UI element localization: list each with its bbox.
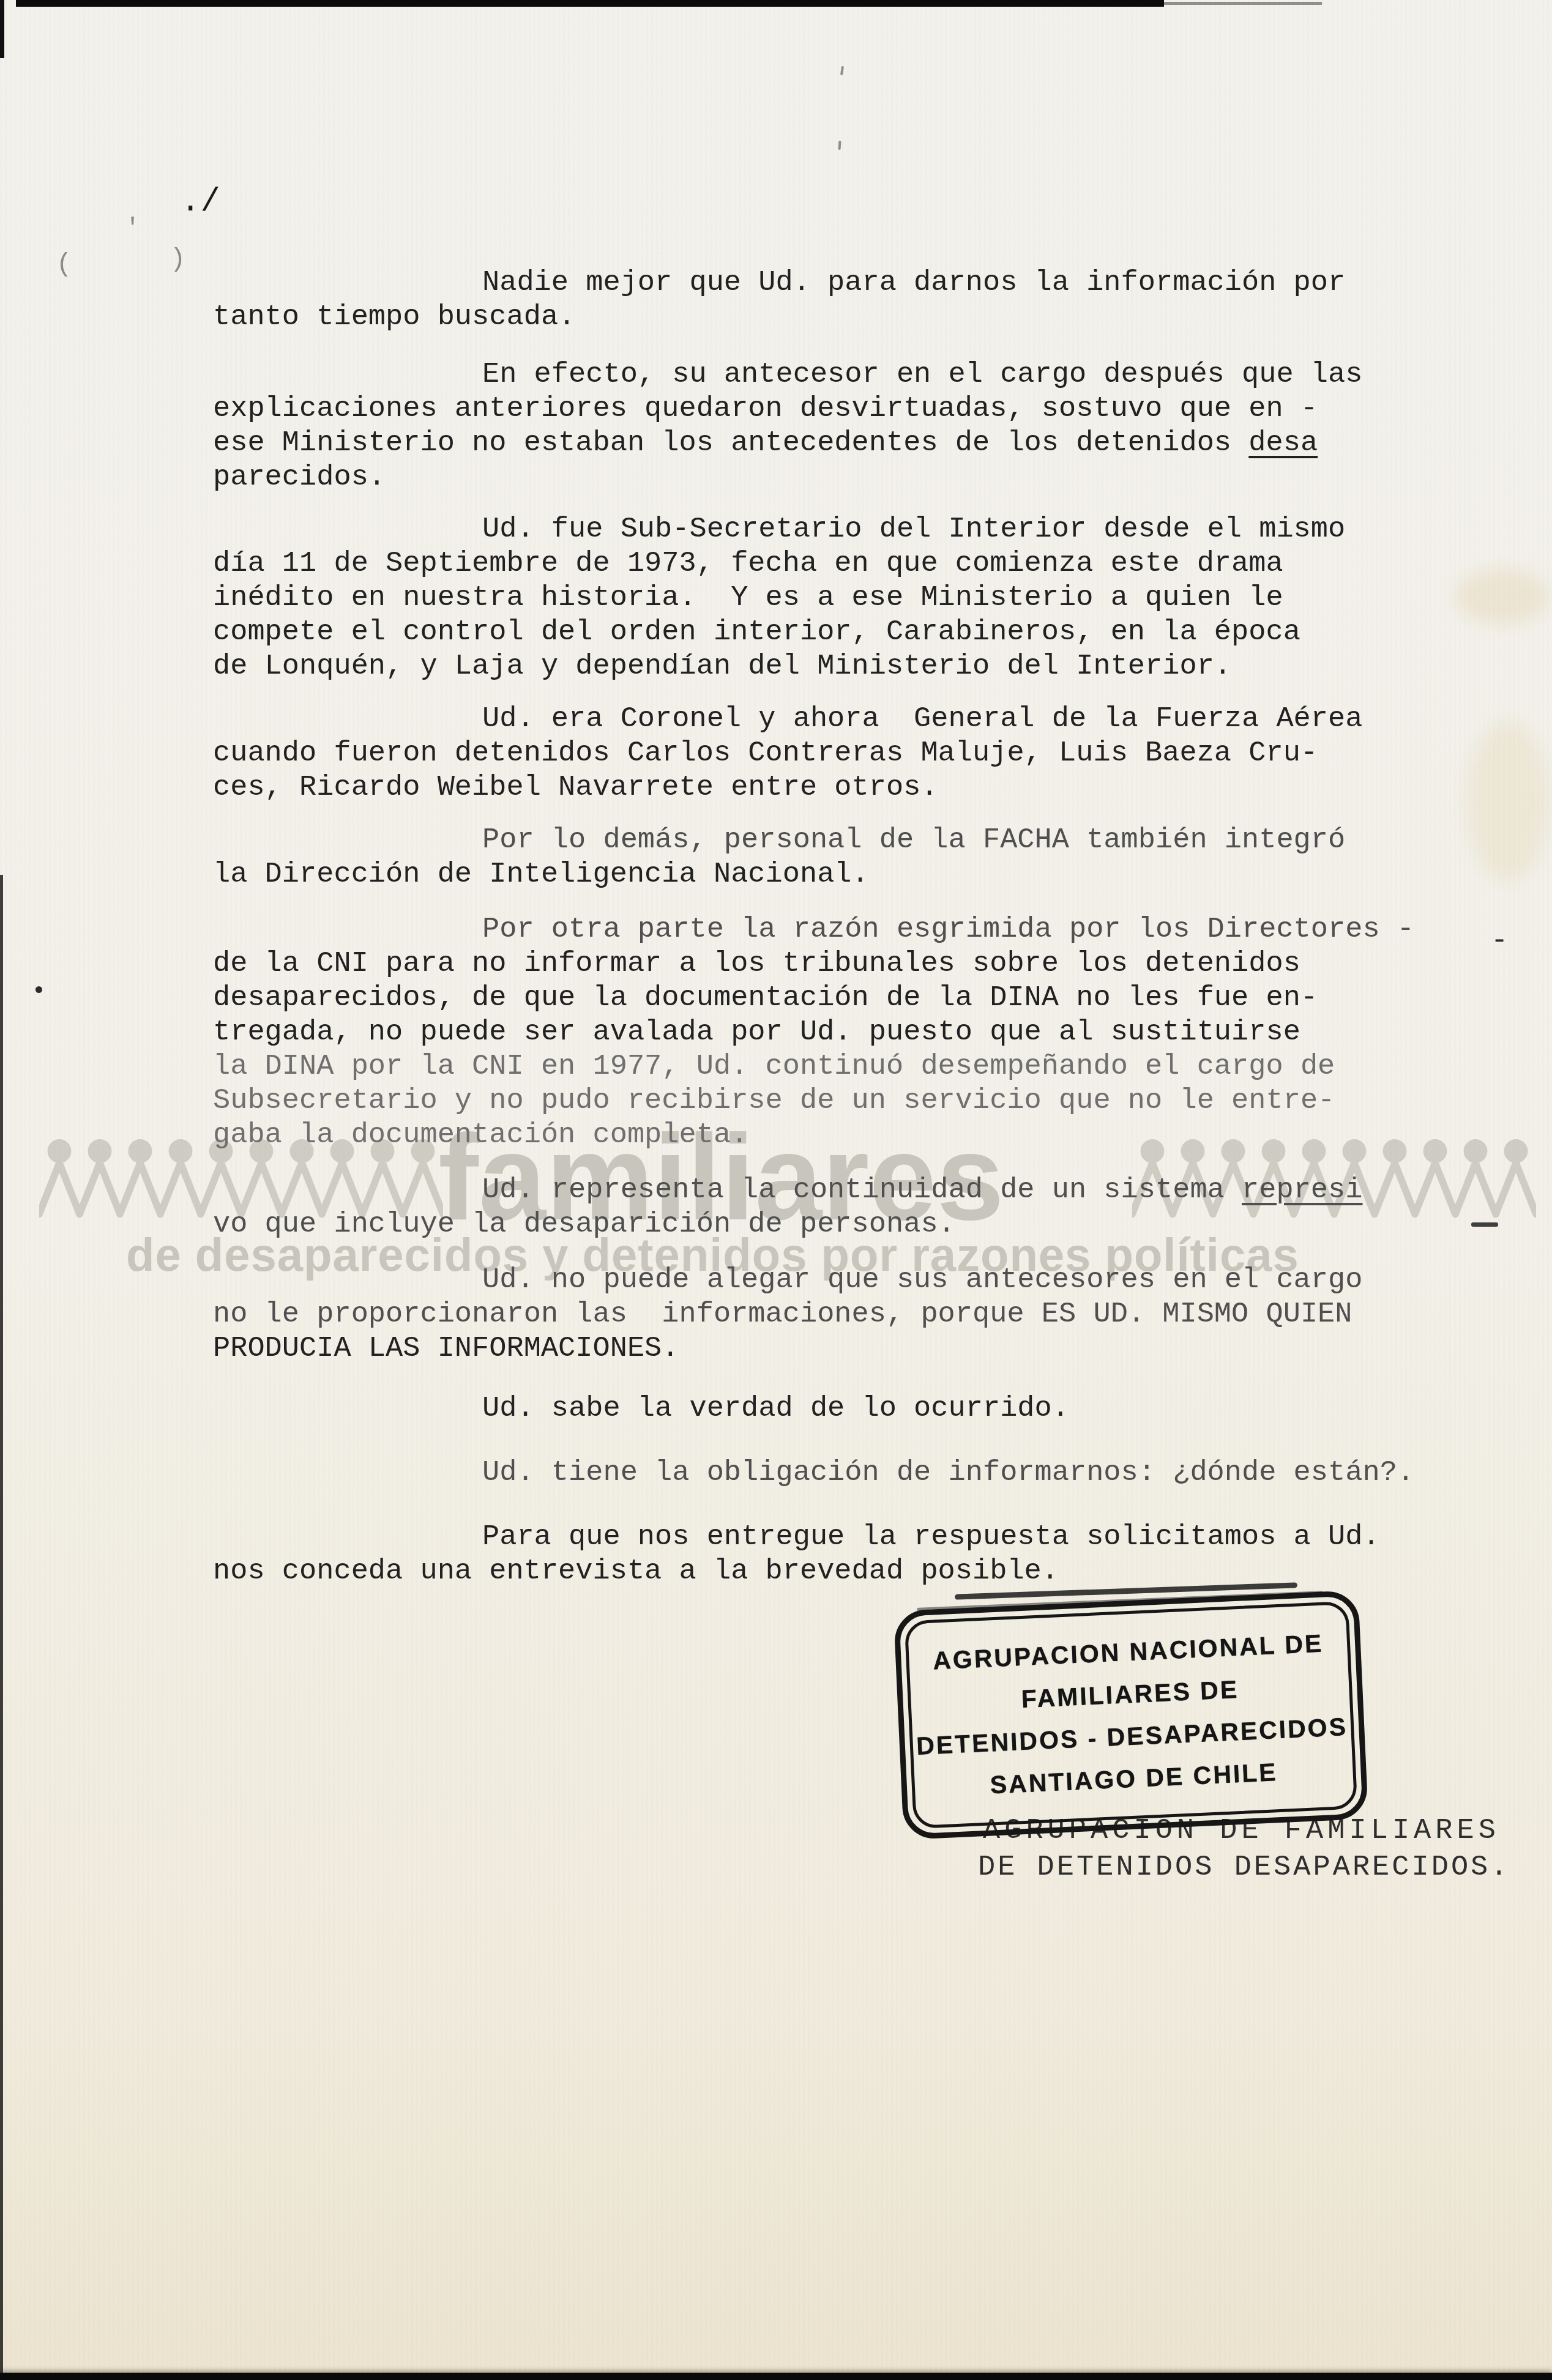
rubber-stamp: AGRUPACION NACIONAL DE FAMILIARES DE DET… (894, 1590, 1368, 1840)
typed-segment-underlined: represi (1242, 1174, 1362, 1207)
paragraph-1: Nadie mejor que Ud. para darnos la infor… (213, 266, 1541, 335)
typed-line: ces, Ricardo Weibel Navarrete entre otro… (213, 771, 1541, 805)
typed-line: de la CNI para no informar a los tribuna… (213, 947, 1541, 981)
typed-line: compete el control del orden interior, C… (213, 615, 1541, 650)
typed-line: Por otra parte la razón esgrimida por lo… (213, 913, 1541, 947)
paragraph-7: Ud. representa la continuidad de un sist… (213, 1173, 1541, 1242)
typed-line: no le proporcionaron las informaciones, … (213, 1298, 1541, 1332)
paragraph-8: Ud. no puede alegar que sus antecesores … (213, 1263, 1541, 1366)
paragraph-6: Por otra parte la razón esgrimida por lo… (213, 913, 1541, 1153)
typed-line: inédito en nuestra historia. Y es a ese … (213, 581, 1541, 615)
paragraph-3: Ud. fue Sub-Secretario del Interior desd… (213, 513, 1541, 684)
paragraph-9: Ud. sabe la verdad de lo ocurrido. (213, 1392, 1541, 1426)
paragraph-2: En efecto, su antecesor en el cargo desp… (213, 358, 1541, 495)
typed-line: Ud. sabe la verdad de lo ocurrido. (213, 1392, 1541, 1426)
typed-line: la Dirección de Inteligencia Nacional. (213, 858, 1541, 892)
ink-dot (35, 986, 42, 993)
ink-speck: ( (56, 250, 72, 279)
scan-edge-left-top (0, 0, 4, 58)
signature-org-line-2: DE DETENIDOS DESAPARECIDOS. (978, 1851, 1510, 1884)
typed-line: Subsecretario y no pudo recibirse de un … (213, 1084, 1541, 1118)
typed-line: explicaciones anteriores quedaron desvir… (213, 392, 1541, 426)
typed-line: Nadie mejor que Ud. para darnos la infor… (213, 266, 1541, 300)
typed-line: tregada, no puede ser avalada por Ud. pu… (213, 1016, 1541, 1050)
ink-speck: ' (125, 214, 140, 244)
typed-line: gaba la documentación completa. (213, 1118, 1541, 1153)
typed-line: parecidos. (213, 461, 1541, 495)
typed-segment: Ud. representa la continuidad de un sist… (482, 1174, 1242, 1207)
typed-line: Ud. tiene la obligación de informarnos: … (213, 1456, 1541, 1490)
scan-edge-top (16, 0, 1164, 7)
typed-line: Ud. representa la continuidad de un sist… (213, 1173, 1541, 1208)
scan-edge-left (0, 875, 3, 2380)
scan-edge-top-faint (1164, 2, 1322, 5)
typed-line: Por lo demás, personal de la FACHA tambi… (213, 824, 1541, 858)
typed-line: desaparecidos, de que la documentación d… (213, 981, 1541, 1016)
rubber-stamp-inner-border: AGRUPACION NACIONAL DE FAMILIARES DE DET… (905, 1601, 1358, 1829)
typed-line: de Lonquén, y Laja y dependían del Minis… (213, 650, 1541, 684)
page-continuation-mark: ./ (181, 184, 220, 221)
typed-line: Para que nos entregue la respuesta solic… (213, 1520, 1541, 1555)
typed-segment-underlined: desa (1248, 427, 1318, 459)
typed-line: Ud. no puede alegar que sus antecesores … (213, 1263, 1541, 1298)
typed-line: cuando fueron detenidos Carlos Contreras… (213, 737, 1541, 771)
paragraph-11: Para que nos entregue la respuesta solic… (213, 1520, 1541, 1589)
typed-line: Ud. fue Sub-Secretario del Interior desd… (213, 513, 1541, 547)
typed-line: Ud. era Coronel y ahora General de la Fu… (213, 702, 1541, 737)
typed-line: PRODUCIA LAS INFORMACIONES. (213, 1332, 1541, 1366)
typed-line: la DINA por la CNI en 1977, Ud. continuó… (213, 1050, 1541, 1084)
paragraph-5: Por lo demás, personal de la FACHA tambi… (213, 824, 1541, 892)
ink-speck: ) (170, 245, 185, 274)
typed-line: tanto tiempo buscada. (213, 300, 1541, 335)
ink-speck (840, 66, 844, 75)
typed-line: ese Ministerio no estaban los antecedent… (213, 426, 1541, 461)
paragraph-4: Ud. era Coronel y ahora General de la Fu… (213, 702, 1541, 805)
typed-line: vo que incluye la desaparición de person… (213, 1208, 1541, 1242)
paragraph-10: Ud. tiene la obligación de informarnos: … (213, 1456, 1541, 1490)
ink-speck (838, 141, 841, 150)
typed-line: nos conceda una entrevista a la brevedad… (213, 1555, 1541, 1589)
scanned-letter-page: ( ' ) familiares de desaparecidos y dete… (0, 0, 1552, 2380)
scan-edge-bottom (0, 2373, 1552, 2380)
typed-line: día 11 de Septiembre de 1973, fecha en q… (213, 547, 1541, 581)
typed-segment: ese Ministerio no estaban los antecedent… (213, 427, 1248, 459)
typed-line: En efecto, su antecesor en el cargo desp… (213, 358, 1541, 392)
